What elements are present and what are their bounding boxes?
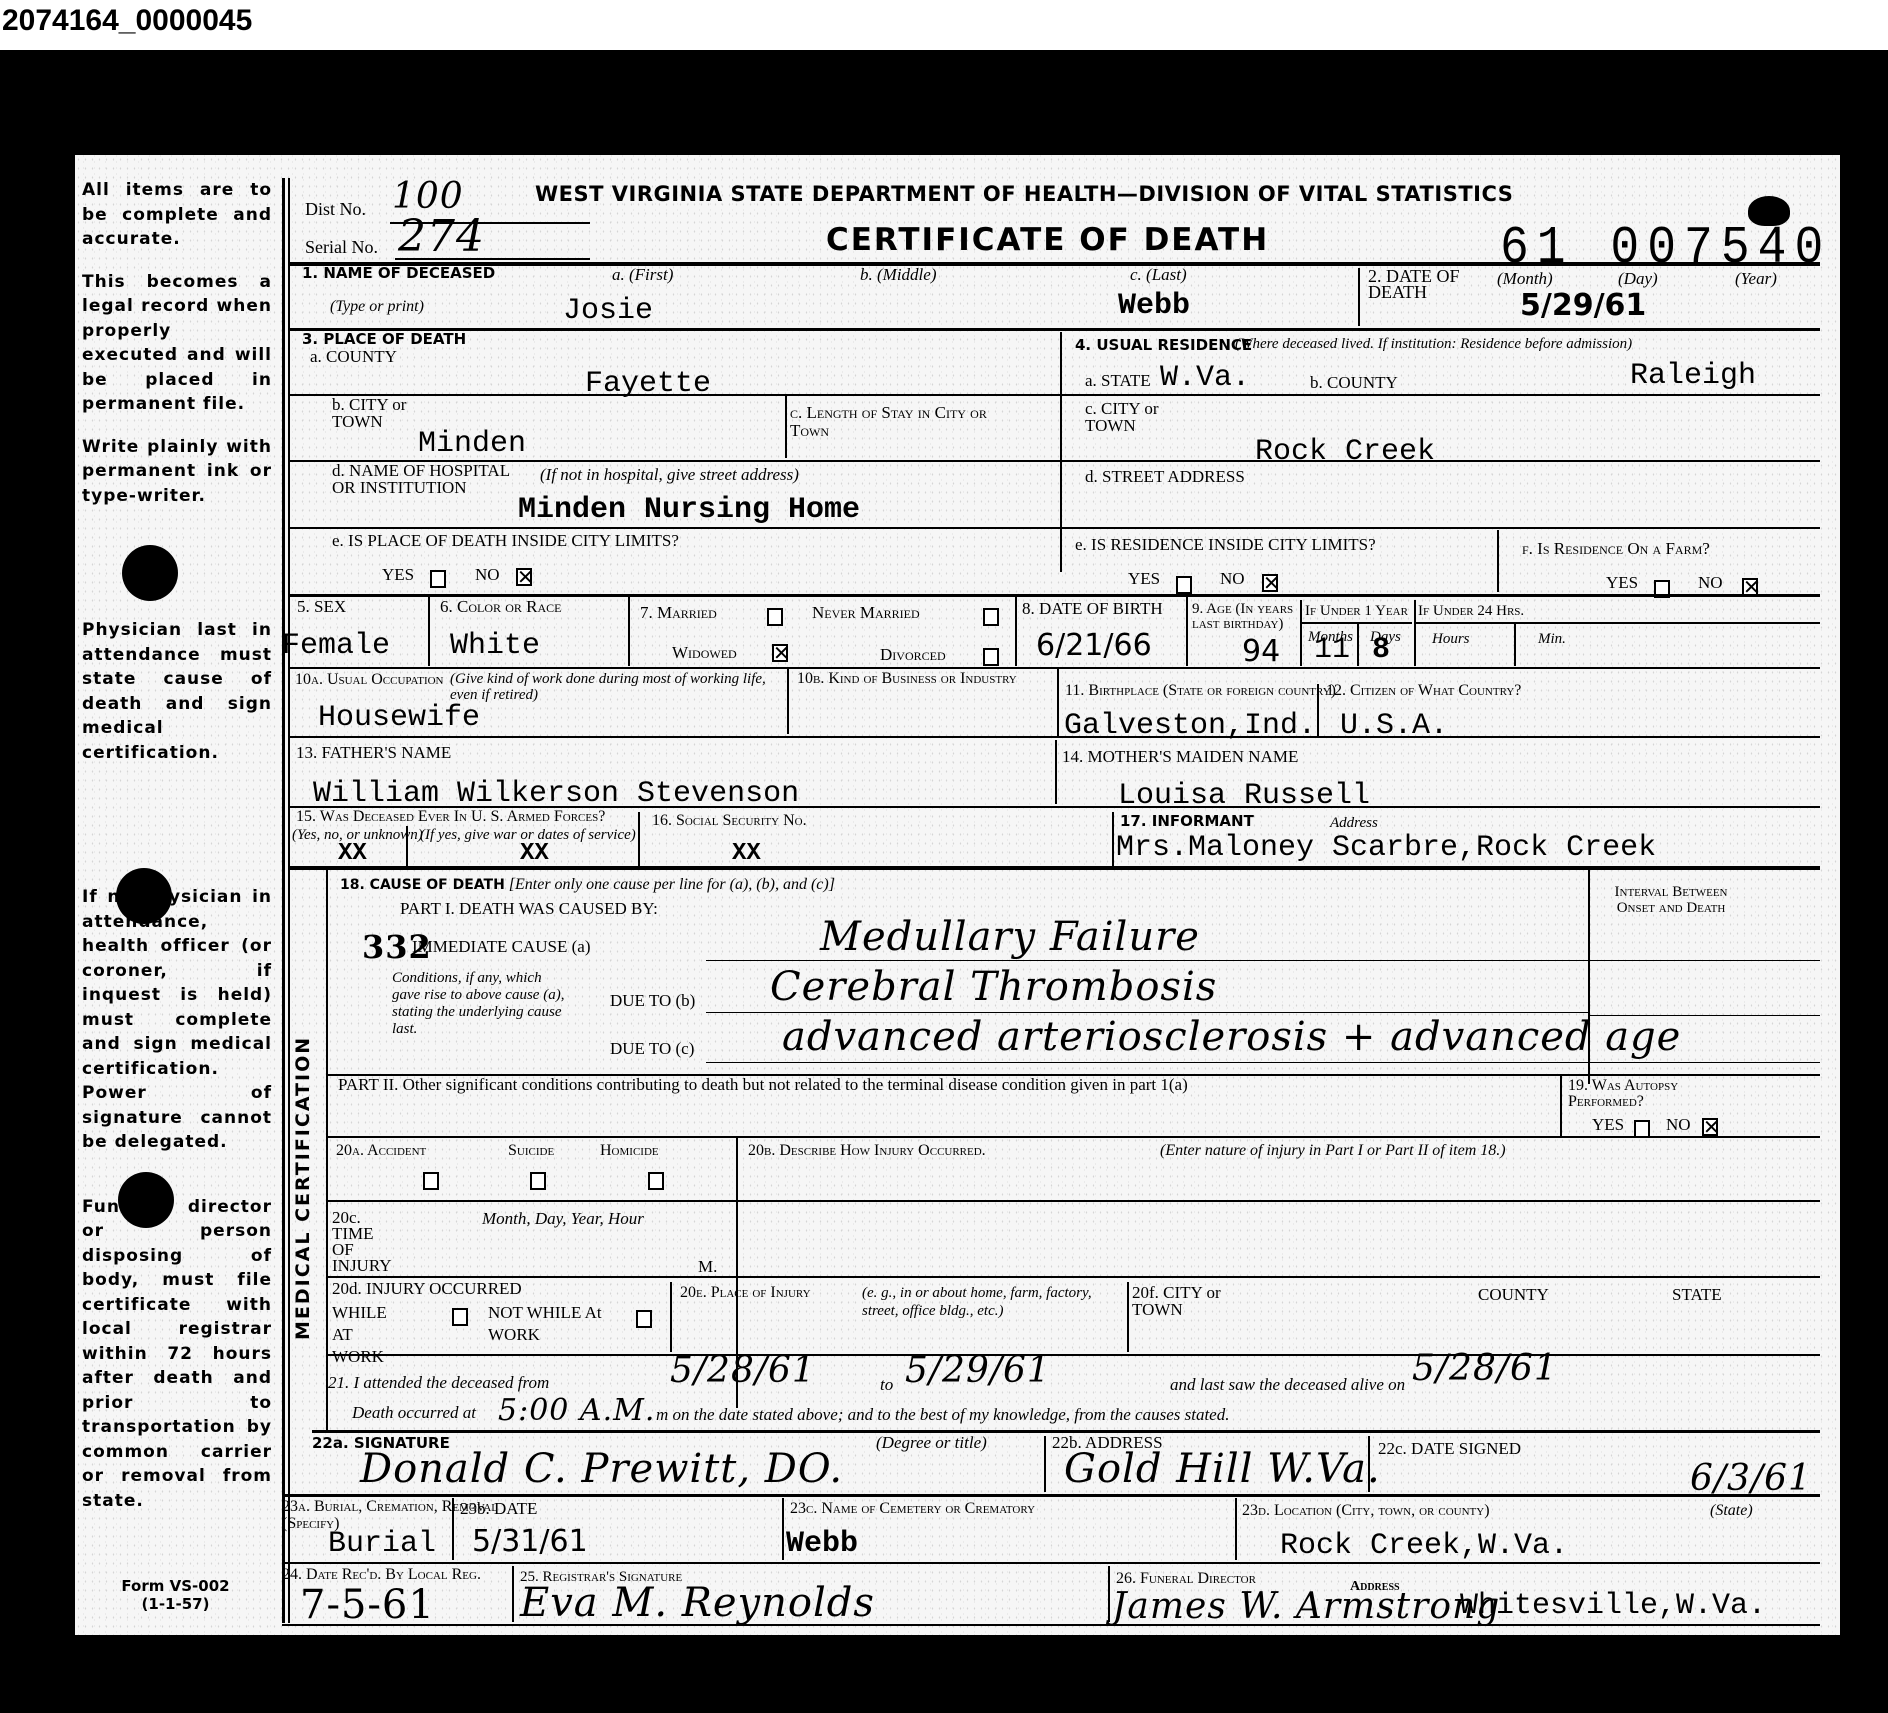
widowed-label: Widowed: [672, 644, 737, 662]
informant-address-label: Address: [1330, 814, 1378, 832]
hours-label: Hours: [1432, 630, 1470, 648]
registrar-signature: Eva M. Reynolds: [520, 1584, 875, 1622]
form-id: Form VS-002 (1-1-57): [88, 1577, 263, 1613]
death-limits-no-checkbox[interactable]: [516, 568, 532, 586]
while-at-work-checkbox[interactable]: [452, 1308, 468, 1326]
last-name-value: Webb: [1118, 290, 1190, 322]
row-rule: [282, 1562, 1820, 1564]
divider: [1235, 1498, 1237, 1560]
residence-county-label: b. COUNTY: [1310, 374, 1398, 392]
divider: [1057, 668, 1059, 738]
no-label: NO: [1698, 574, 1723, 592]
attended-from-value: 5/28/61: [670, 1352, 816, 1390]
margin-note: Physician last in attendance must state …: [82, 618, 272, 765]
divider: [512, 1566, 514, 1622]
conditions-note: Conditions, if any, which gave rise to a…: [392, 970, 572, 1038]
death-time-value: 5:00 A.M.: [498, 1392, 655, 1430]
not-while-at-work-checkbox[interactable]: [636, 1310, 652, 1328]
serial-label: Serial No.: [305, 238, 378, 256]
row-rule: [290, 736, 1820, 738]
accident-label: 20a. Accident: [336, 1142, 426, 1160]
row-rule: [328, 1354, 1820, 1356]
informant-label: 17. INFORMANT: [1120, 812, 1254, 830]
occupation-note: (Give kind of work done during most of w…: [450, 671, 780, 703]
married-label: 7. Married: [640, 604, 717, 622]
injury-state-label: STATE: [1672, 1286, 1722, 1304]
county-label: a. COUNTY: [310, 348, 397, 366]
row-rule: [328, 1136, 1820, 1138]
divider: [1497, 530, 1499, 592]
cemetery-value: Webb: [786, 1528, 858, 1560]
never-married-checkbox[interactable]: [983, 608, 999, 626]
divider: [1317, 684, 1319, 738]
disposition-value: Burial: [328, 1528, 436, 1560]
margin-note: This becomes a legal record when properl…: [82, 270, 272, 417]
death-city-label: b. CITY or TOWN: [332, 396, 412, 430]
cemetery-label: 23c. Name of Cemetery or Crematory: [790, 1500, 1035, 1518]
armed-forces-label: 15. Was Deceased Ever In U. S. Armed For…: [296, 808, 605, 826]
not-while-at-work-label: NOT WHILE At WORK: [488, 1302, 628, 1346]
death-city-value: Minden: [418, 428, 526, 460]
date-of-death-label: 2. DATE OF DEATH: [1368, 268, 1488, 300]
residence-county-value: Raleigh: [1630, 360, 1756, 392]
occupation-label: 10a. Usual Occupation: [295, 671, 444, 689]
name-sub-label: (Type or print): [330, 298, 424, 316]
day-label: (Day): [1618, 270, 1658, 288]
date-of-birth-value: 6/21/66: [1036, 630, 1152, 662]
hospital-value: Minden Nursing Home: [518, 494, 860, 526]
no-label: NO: [1666, 1116, 1691, 1134]
due-to-b-label: DUE TO (b): [610, 992, 695, 1010]
no-label: NO: [475, 566, 500, 584]
date-signed-label: 22c. DATE SIGNED: [1378, 1440, 1521, 1458]
ssn-label: 16. Social Security No.: [652, 812, 807, 830]
interval-label: Interval Between Onset and Death: [1596, 884, 1746, 916]
section-rule: [290, 866, 1820, 870]
funeral-director-signature: James W. Armstrong: [1112, 1588, 1500, 1626]
yes-label: YES: [382, 566, 414, 584]
row-rule: [290, 527, 1820, 529]
while-at-work-label: WHILE AT WORK: [332, 1302, 408, 1368]
informant-value: Mrs.Maloney Scarbre,Rock Creek: [1116, 832, 1656, 864]
row-rule: [328, 1200, 1820, 1202]
usual-residence-note: (Where deceased lived. If institution: R…: [1235, 336, 1815, 352]
time-m-label: M.: [698, 1258, 717, 1276]
divider: [1514, 624, 1516, 666]
minutes-label: Min.: [1538, 630, 1566, 648]
divider: [1055, 740, 1057, 804]
last-seen-value: 5/28/61: [1412, 1350, 1558, 1388]
date-of-death-value: 5/29/61: [1520, 290, 1646, 322]
margin-note: If no physician in attendance, health of…: [82, 885, 272, 1155]
how-injury-label: 20b. Describe How Injury Occurred.: [748, 1142, 986, 1160]
divider: [452, 1498, 454, 1560]
divider: [1357, 624, 1359, 666]
margin-instructions: All items are to be complete and accurat…: [82, 178, 272, 1531]
divider: [638, 812, 640, 866]
accident-checkbox[interactable]: [423, 1172, 439, 1190]
injury-occurred-label: 20d. INJURY OCCURRED: [332, 1280, 522, 1298]
residence-state-value: W.Va.: [1160, 362, 1250, 394]
row-rule: [282, 1494, 1820, 1497]
yes-label: YES: [1592, 1116, 1624, 1134]
row-rule: [328, 1276, 1820, 1278]
row-rule: [282, 1624, 1820, 1626]
time-of-injury-note: Month, Day, Year, Hour: [482, 1210, 644, 1228]
punch-hole-icon: [122, 545, 178, 601]
divider: [1108, 1566, 1110, 1622]
no-label: NO: [1220, 570, 1245, 588]
autopsy-label: 19. Was Autopsy Performed?: [1568, 1078, 1738, 1110]
immediate-cause-value: Medullary Failure: [820, 918, 1200, 956]
never-married-label: Never Married: [812, 604, 920, 622]
place-of-death-label: 3. PLACE OF DEATH: [302, 330, 466, 348]
divider: [782, 1498, 784, 1560]
last-name-label: c. (Last): [1130, 266, 1187, 284]
physician-signature: Donald C. Prewitt, DO.: [360, 1450, 843, 1488]
suicide-label: Suicide: [508, 1142, 554, 1160]
divider: [628, 596, 630, 666]
interval-line: [1590, 960, 1820, 961]
agency-name: WEST VIRGINIA STATE DEPARTMENT OF HEALTH…: [535, 182, 1513, 206]
name-label: 1. NAME OF DECEASED: [302, 266, 495, 281]
row-rule: [290, 328, 1820, 331]
yes-label: YES: [1128, 570, 1160, 588]
under-24-hours-label: If Under 24 Hrs.: [1418, 602, 1524, 620]
state-seal-icon: [1748, 196, 1790, 226]
disposition-date-value: 5/31/61: [472, 1526, 588, 1558]
length-of-stay-label: c. Length of Stay in City or Town: [790, 404, 1020, 440]
cause-line: [706, 960, 1588, 961]
cause-line: [706, 1012, 1588, 1013]
citizenship-label: 12. Citizen of What Country?: [1326, 682, 1521, 700]
due-to-c-value: advanced arteriosclerosis + advanced age: [782, 1018, 1681, 1056]
punch-hole-icon: [116, 868, 172, 924]
divider: [1414, 600, 1416, 666]
location-state-label: (State): [1710, 1502, 1753, 1520]
birthplace-label: 11. Birthplace (State or foreign country…: [1065, 682, 1336, 700]
divider: [1044, 1436, 1046, 1492]
married-checkbox[interactable]: [767, 608, 783, 626]
attended-from-label: 21. I attended the deceased from: [328, 1374, 549, 1392]
physician-address-value: Gold Hill W.Va.: [1064, 1450, 1381, 1488]
first-name-value: Josie: [563, 295, 653, 327]
race-label: 6. Color or Race: [440, 598, 562, 616]
margin-note: Funeral director or person disposing of …: [82, 1195, 272, 1514]
margin-note: Write plainly with permanent ink or type…: [82, 435, 272, 509]
year-label: (Year): [1735, 270, 1777, 288]
document-id: 2074164_0000045: [2, 4, 252, 38]
date-of-birth-label: 8. DATE OF BIRTH: [1022, 600, 1163, 618]
punch-hole-icon: [118, 1172, 174, 1228]
time-of-injury-label: 20c. TIME OF INJURY: [332, 1210, 392, 1274]
place-of-injury-label: 20e. Place of Injury: [680, 1284, 811, 1302]
divider: [406, 826, 408, 866]
row-rule: [290, 667, 1820, 669]
street-address-label: d. STREET ADDRESS: [1085, 468, 1245, 486]
place-of-injury-note: (e. g., in or about home, farm, factory,…: [862, 1284, 1130, 1320]
margin-note: All items are to be complete and accurat…: [82, 178, 272, 252]
mother-name-label: 14. MOTHER'S MAIDEN NAME: [1062, 748, 1298, 766]
state-label: a. STATE: [1085, 372, 1151, 390]
due-to-c-label: DUE TO (c): [610, 1040, 694, 1058]
divider: [1300, 600, 1302, 666]
dist-label: Dist No.: [305, 200, 366, 218]
attended-to-value: 5/29/61: [905, 1352, 1051, 1390]
header-rule: [290, 262, 1820, 266]
hospital-note: (If not in hospital, give street address…: [540, 466, 799, 484]
serial-number: 274: [398, 218, 485, 256]
part2-label: PART II. Other significant conditions co…: [338, 1076, 1188, 1094]
homicide-checkbox[interactable]: [648, 1172, 664, 1190]
months-value: 11: [1314, 634, 1350, 666]
father-name-label: 13. FATHER'S NAME: [296, 744, 451, 762]
injury-county-label: COUNTY: [1478, 1286, 1549, 1304]
divider: [1560, 1076, 1562, 1136]
due-to-b-value: Cerebral Thrombosis: [770, 968, 1217, 1006]
divider: [787, 668, 789, 734]
death-time-label: Death occurred at: [352, 1404, 476, 1422]
first-name-label: a. (First): [612, 266, 673, 284]
hospital-label: d. NAME OF HOSPITAL OR INSTITUTION: [332, 462, 522, 496]
divider: [1015, 596, 1017, 666]
month-label: (Month): [1497, 270, 1553, 288]
injury-city-label: 20f. CITY or TOWN: [1132, 1284, 1272, 1318]
how-injury-note: (Enter nature of injury in Part I or Par…: [1160, 1142, 1506, 1160]
date-signed-value: 6/3/61: [1690, 1460, 1812, 1498]
certificate-title: CERTIFICATE OF DEATH: [826, 222, 1269, 258]
funeral-address-value: Whitesville,W.Va.: [1460, 1590, 1766, 1622]
autopsy-no-checkbox[interactable]: [1702, 1118, 1718, 1136]
divider: [1368, 1436, 1370, 1492]
location-value: Rock Creek,W.Va.: [1280, 1530, 1568, 1562]
divider: [428, 596, 430, 666]
death-city-limits-label: e. IS PLACE OF DEATH INSIDE CITY LIMITS?: [332, 532, 679, 550]
days-value: 8: [1372, 634, 1390, 666]
degree-label: (Degree or title): [876, 1434, 987, 1452]
document-header-bar: 2074164_0000045: [0, 0, 1888, 50]
farm-label: f. Is Residence On a Farm?: [1522, 540, 1710, 558]
age-label: 9. Age (In years last birthday): [1192, 602, 1307, 632]
form-border-left: [282, 178, 285, 1623]
residence-limits-no-checkbox[interactable]: [1262, 574, 1278, 592]
race-value: White: [450, 630, 540, 662]
middle-name-label: b. (Middle): [860, 266, 936, 284]
residence-limits-yes-checkbox[interactable]: [1176, 576, 1192, 594]
sex-value: Female: [282, 630, 390, 662]
date-received-value: 7-5-61: [300, 1586, 435, 1624]
divorced-checkbox[interactable]: [983, 648, 999, 666]
divider: [1112, 812, 1114, 866]
death-limits-yes-checkbox[interactable]: [430, 570, 446, 588]
location-label: 23d. Location (City, town, or county): [1242, 1502, 1490, 1520]
medical-section-border: [326, 870, 328, 1430]
age-value: 94: [1242, 636, 1280, 668]
divider: [785, 396, 787, 458]
usual-residence-label: 4. USUAL RESIDENCE: [1075, 336, 1252, 354]
row-rule: [290, 394, 1820, 396]
immediate-cause-label: IMMEDIATE CAUSE (a): [412, 938, 590, 956]
attended-to-label: to: [880, 1376, 893, 1394]
last-seen-label: and last saw the deceased alive on: [1170, 1376, 1405, 1394]
medical-certification-label: MEDICAL CERTIFICATION: [292, 1036, 314, 1340]
divider: [670, 1282, 672, 1352]
disposition-date-label: 23b. DATE: [460, 1500, 537, 1518]
yes-label: YES: [1606, 574, 1638, 592]
divider: [1127, 1282, 1129, 1352]
divider: [1358, 268, 1360, 326]
death-time-statement: m on the date stated above; and to the b…: [656, 1406, 1229, 1424]
suicide-checkbox[interactable]: [530, 1172, 546, 1190]
divider: [1060, 332, 1062, 572]
under-1-year-label: If Under 1 Year: [1305, 602, 1408, 620]
divorced-label: Divorced: [880, 646, 946, 664]
residence-city-limits-label: e. IS RESIDENCE INSIDE CITY LIMITS?: [1075, 536, 1376, 554]
residence-city-value: Rock Creek: [1255, 436, 1435, 468]
widowed-checkbox[interactable]: [772, 644, 788, 662]
serial-underline: [395, 258, 590, 260]
cause-of-death-label: 18. CAUSE OF DEATH [Enter only one cause…: [340, 876, 835, 894]
divider: [1186, 596, 1188, 666]
occupation-value: Housewife: [318, 702, 480, 734]
homicide-label: Homicide: [600, 1142, 659, 1160]
part1-label: PART I. DEATH WAS CAUSED BY:: [400, 900, 658, 918]
business-label: 10b. Kind of Business or Industry: [797, 671, 1052, 687]
cause-line: [706, 1062, 1820, 1063]
residence-city-label: c. CITY or TOWN: [1085, 400, 1165, 434]
sex-label: 5. SEX: [297, 598, 346, 616]
sub-rule: [1416, 622, 1820, 624]
